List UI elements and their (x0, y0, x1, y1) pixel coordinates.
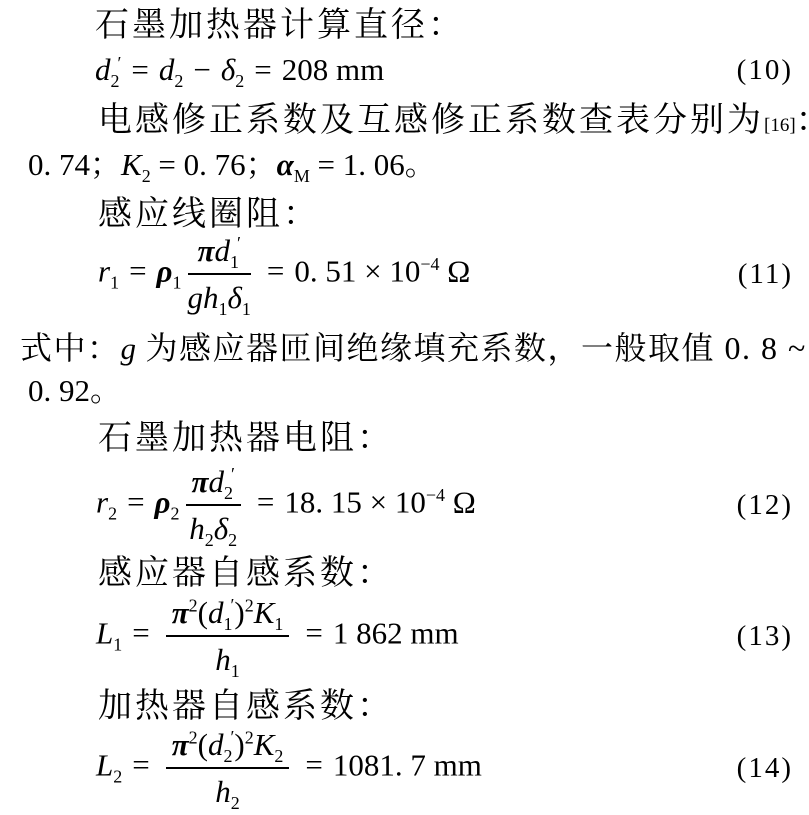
math-token: 2 (111, 72, 120, 92)
fraction-denominator: gh1δ1 (188, 275, 251, 316)
math-token: Ω (440, 253, 471, 288)
math-token: 2 (223, 746, 232, 766)
math-token: ′ (231, 464, 235, 484)
math-token: 2 (245, 727, 254, 747)
math-token: 1 (223, 614, 232, 634)
paragraph-coeff-line2: 0. 74；K2 = 0. 76；αM = 1. 06。 (28, 146, 436, 183)
math-token: d (208, 464, 224, 499)
math-token: δ (214, 511, 228, 546)
heading-calc-diameter: 石墨加热器计算直径： (95, 5, 465, 48)
math-token: ρ (157, 253, 173, 288)
equation-14-formula: L2=π2(d2′)2K2h2=1081. 7 mm (96, 726, 482, 810)
math-token: 2 (171, 503, 180, 523)
fraction: πd2′h2δ2 (186, 463, 241, 547)
math-token: d (95, 52, 111, 87)
math-token: h (189, 511, 205, 546)
coeff-text: 电感修正系数及互感修正系数查表分别为 (98, 100, 764, 143)
equation-12-number: (12) (737, 489, 793, 522)
math-token: 2 (108, 503, 117, 523)
math-token: 2 (189, 595, 198, 615)
math-token: L (96, 615, 113, 650)
math-token: Ω (445, 484, 476, 519)
math-token: 18. 15 × 10 (284, 484, 425, 519)
math-token: 1 (113, 634, 122, 654)
note-text: 为感应器匝间绝缘填充系数，一般取值 0. 8 ~ (136, 330, 807, 366)
math-token: 1 (219, 299, 228, 319)
equation-11-formula: r1=ρ1πd1′gh1δ1=0. 51 × 10−4 Ω (98, 232, 470, 316)
equation-12: r2=ρ2πd2′h2δ2=18. 15 × 10−4 Ω (12) (0, 455, 809, 555)
math-token: h (215, 642, 231, 677)
note-prefix: 式中： (20, 330, 121, 366)
math-token: = (267, 253, 284, 288)
equation-14-number: (14) (737, 752, 793, 785)
paragraph-note-line1: 式中：g 为感应器匝间绝缘填充系数，一般取值 0. 8 ~ (20, 328, 807, 369)
math-token: 2 (113, 766, 122, 786)
math-token: K (254, 595, 275, 630)
coeff-alpha-sub: M (294, 166, 310, 186)
math-token: = (132, 747, 149, 782)
math-token: ) (234, 727, 244, 762)
math-token: g (188, 280, 204, 315)
note-g-var: g (121, 331, 137, 366)
math-token: π (192, 464, 209, 499)
math-token: 2 (174, 72, 183, 92)
math-token: δ (228, 280, 242, 315)
equation-10: d2′=d2−δ2=208 mm (10) (0, 46, 809, 94)
equation-13: L1=π2(d1′)2K1h1=1 862 mm (13) (0, 590, 809, 682)
math-token: r (98, 253, 110, 288)
math-token: 1 (230, 252, 239, 272)
math-token: ′ (117, 53, 121, 73)
equation-14: L2=π2(d2′)2K2h2=1081. 7 mm (14) (0, 722, 809, 814)
coeff-k2-sub: 2 (142, 166, 151, 186)
math-token: −4 (426, 485, 445, 505)
math-token: 1081. 7 mm (333, 747, 482, 782)
math-token: π (198, 233, 215, 268)
math-token: = (305, 747, 322, 782)
equation-11: r1=ρ1πd1′gh1δ1=0. 51 × 10−4 Ω (11) (0, 226, 809, 322)
math-token: 1 (274, 614, 283, 634)
math-token: = (305, 615, 322, 650)
math-token: 1 (173, 272, 182, 292)
math-token: 2 (228, 530, 237, 550)
fraction-numerator: π2(d2′)2K2 (166, 726, 290, 769)
fraction-numerator: πd2′ (186, 463, 241, 506)
math-token: d (208, 727, 224, 762)
math-token: = (257, 484, 274, 519)
equation-10-number: (10) (737, 54, 793, 87)
math-token: = (129, 253, 146, 288)
fraction: π2(d1′)2K1h1 (166, 594, 290, 678)
math-token: 1 (242, 299, 251, 319)
math-token: 1 (110, 272, 119, 292)
equation-12-formula: r2=ρ2πd2′h2δ2=18. 15 × 10−4 Ω (96, 463, 476, 547)
math-token: h (215, 774, 231, 809)
equation-13-number: (13) (737, 620, 793, 653)
math-token: ( (198, 727, 208, 762)
math-token: 2 (274, 746, 283, 766)
coeff-k2-var: K (121, 147, 142, 182)
equation-13-formula: L1=π2(d1′)2K1h1=1 862 mm (96, 594, 459, 678)
math-token: − (193, 52, 210, 87)
fraction-numerator: π2(d1′)2K1 (166, 594, 290, 637)
math-token: 2 (189, 727, 198, 747)
math-token: 208 mm (282, 52, 384, 87)
note-value: 0. 92。 (28, 373, 121, 408)
fraction-denominator: h2δ2 (186, 506, 241, 547)
document-page: 石墨加热器计算直径： d2′=d2−δ2=208 mm (10) 电感修正系数及… (0, 0, 809, 815)
coeff-value-3: = 1. 06。 (310, 147, 436, 182)
math-token: π (172, 727, 189, 762)
math-token: L (96, 747, 113, 782)
fraction: π2(d2′)2K2h2 (166, 726, 290, 810)
coeff-value-2: = 0. 76； (151, 147, 277, 182)
math-token: 0. 51 × 10 (294, 253, 420, 288)
math-token: r (96, 484, 108, 519)
math-token: −4 (420, 254, 439, 274)
math-token: π (172, 595, 189, 630)
fraction-denominator: h2 (166, 769, 290, 810)
fraction-denominator: h1 (166, 637, 290, 678)
math-token: ρ (155, 484, 171, 519)
fraction-numerator: πd1′ (188, 232, 251, 275)
math-token: δ (221, 52, 235, 87)
math-token: ( (198, 595, 208, 630)
coeff-colon: ： (796, 100, 809, 143)
equation-11-number: (11) (738, 258, 793, 291)
coeff-value-1: 0. 74； (28, 147, 121, 182)
paragraph-coeff-line1: 电感修正系数及互感修正系数查表分别为[16]： K1= (98, 100, 797, 143)
math-token: 2 (205, 530, 214, 550)
math-token: K (254, 727, 275, 762)
paragraph-note-line2: 0. 92。 (28, 372, 121, 409)
math-token: 2 (235, 72, 244, 92)
equation-10-formula: d2′=d2−δ2=208 mm (95, 51, 384, 88)
math-token: 2 (231, 793, 240, 813)
math-token: 1 (231, 661, 240, 681)
math-token: 2 (224, 483, 233, 503)
math-token: = (254, 52, 271, 87)
math-token: ) (234, 595, 244, 630)
math-token: h (203, 280, 219, 315)
math-token: = (132, 615, 149, 650)
math-token: d (208, 595, 224, 630)
fraction: πd1′gh1δ1 (188, 232, 251, 316)
math-token: = (127, 484, 144, 519)
coeff-alpha-var: α (277, 147, 294, 182)
math-token: 1 862 mm (333, 615, 459, 650)
math-token: d (214, 233, 230, 268)
math-token: ′ (237, 233, 241, 253)
math-token: = (131, 52, 148, 87)
math-token: d (159, 52, 175, 87)
math-token: 2 (245, 595, 254, 615)
